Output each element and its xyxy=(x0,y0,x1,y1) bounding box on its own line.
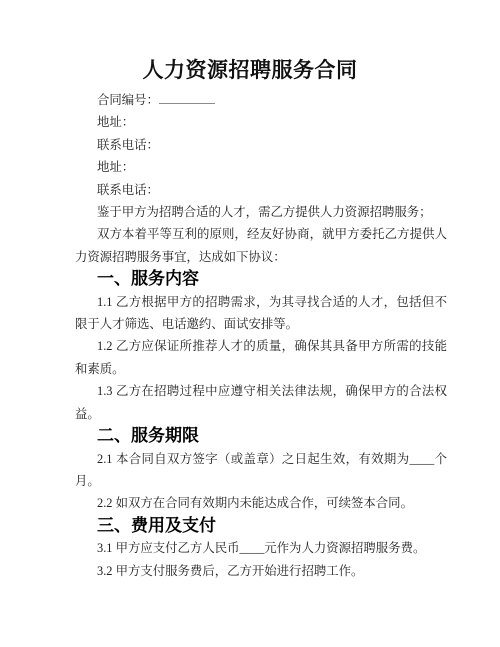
section-heading-fees-payment: 三、费用及支付 xyxy=(75,515,447,537)
clause-1-1: 1.1 乙方根据甲方的招聘需求，为其寻找合适的人才，包括但不限于人才筛选、电话邀… xyxy=(75,291,447,336)
contract-number-blank-line xyxy=(159,91,215,104)
preamble-whereas: 鉴于甲方为招聘合适的人才，需乙方提供人力资源招聘服务； xyxy=(75,201,447,223)
section-heading-service-term: 二、服务期限 xyxy=(75,425,447,447)
field-address-1: 地址： xyxy=(75,111,447,133)
contract-page: 人力资源招聘服务合同 合同编号： 地址： 联系电话： 地址： 联系电话： 鉴于甲… xyxy=(0,0,500,647)
document-title: 人力资源招聘服务合同 xyxy=(0,0,500,83)
clause-1-2: 1.2 乙方应保证所推荐人才的质量，确保其具备甲方所需的技能和素质。 xyxy=(75,335,447,380)
preamble-agreement: 双方本着平等互利的原则，经友好协商，就甲方委托乙方提供人力资源招聘服务事宜，达成… xyxy=(75,223,447,268)
clause-2-2: 2.2 如双方在合同有效期内未能达成合作，可续签本合同。 xyxy=(75,492,447,514)
clause-3-1: 3.1 甲方应支付乙方人民币____元作为人力资源招聘服务费。 xyxy=(75,537,447,559)
field-phone-2: 联系电话： xyxy=(75,179,447,201)
field-label-address-1: 地址： xyxy=(97,115,134,129)
document-body: 合同编号： 地址： 联系电话： 地址： 联系电话： 鉴于甲方为招聘合适的人才，需… xyxy=(75,89,447,582)
field-contract-number: 合同编号： xyxy=(75,89,447,111)
field-label-phone-2: 联系电话： xyxy=(97,183,159,197)
clause-1-3: 1.3 乙方在招聘过程中应遵守相关法律法规，确保甲方的合法权益。 xyxy=(75,380,447,425)
clause-3-2: 3.2 甲方支付服务费后，乙方开始进行招聘工作。 xyxy=(75,560,447,582)
clause-2-1: 2.1 本合同自双方签字（或盖章）之日起生效，有效期为____个月。 xyxy=(75,448,447,493)
field-label-contract-number: 合同编号： xyxy=(97,93,159,107)
field-address-2: 地址： xyxy=(75,156,447,178)
field-label-address-2: 地址： xyxy=(97,160,134,174)
field-phone-1: 联系电话： xyxy=(75,134,447,156)
field-label-phone-1: 联系电话： xyxy=(97,138,159,152)
section-heading-service-content: 一、服务内容 xyxy=(75,268,447,290)
